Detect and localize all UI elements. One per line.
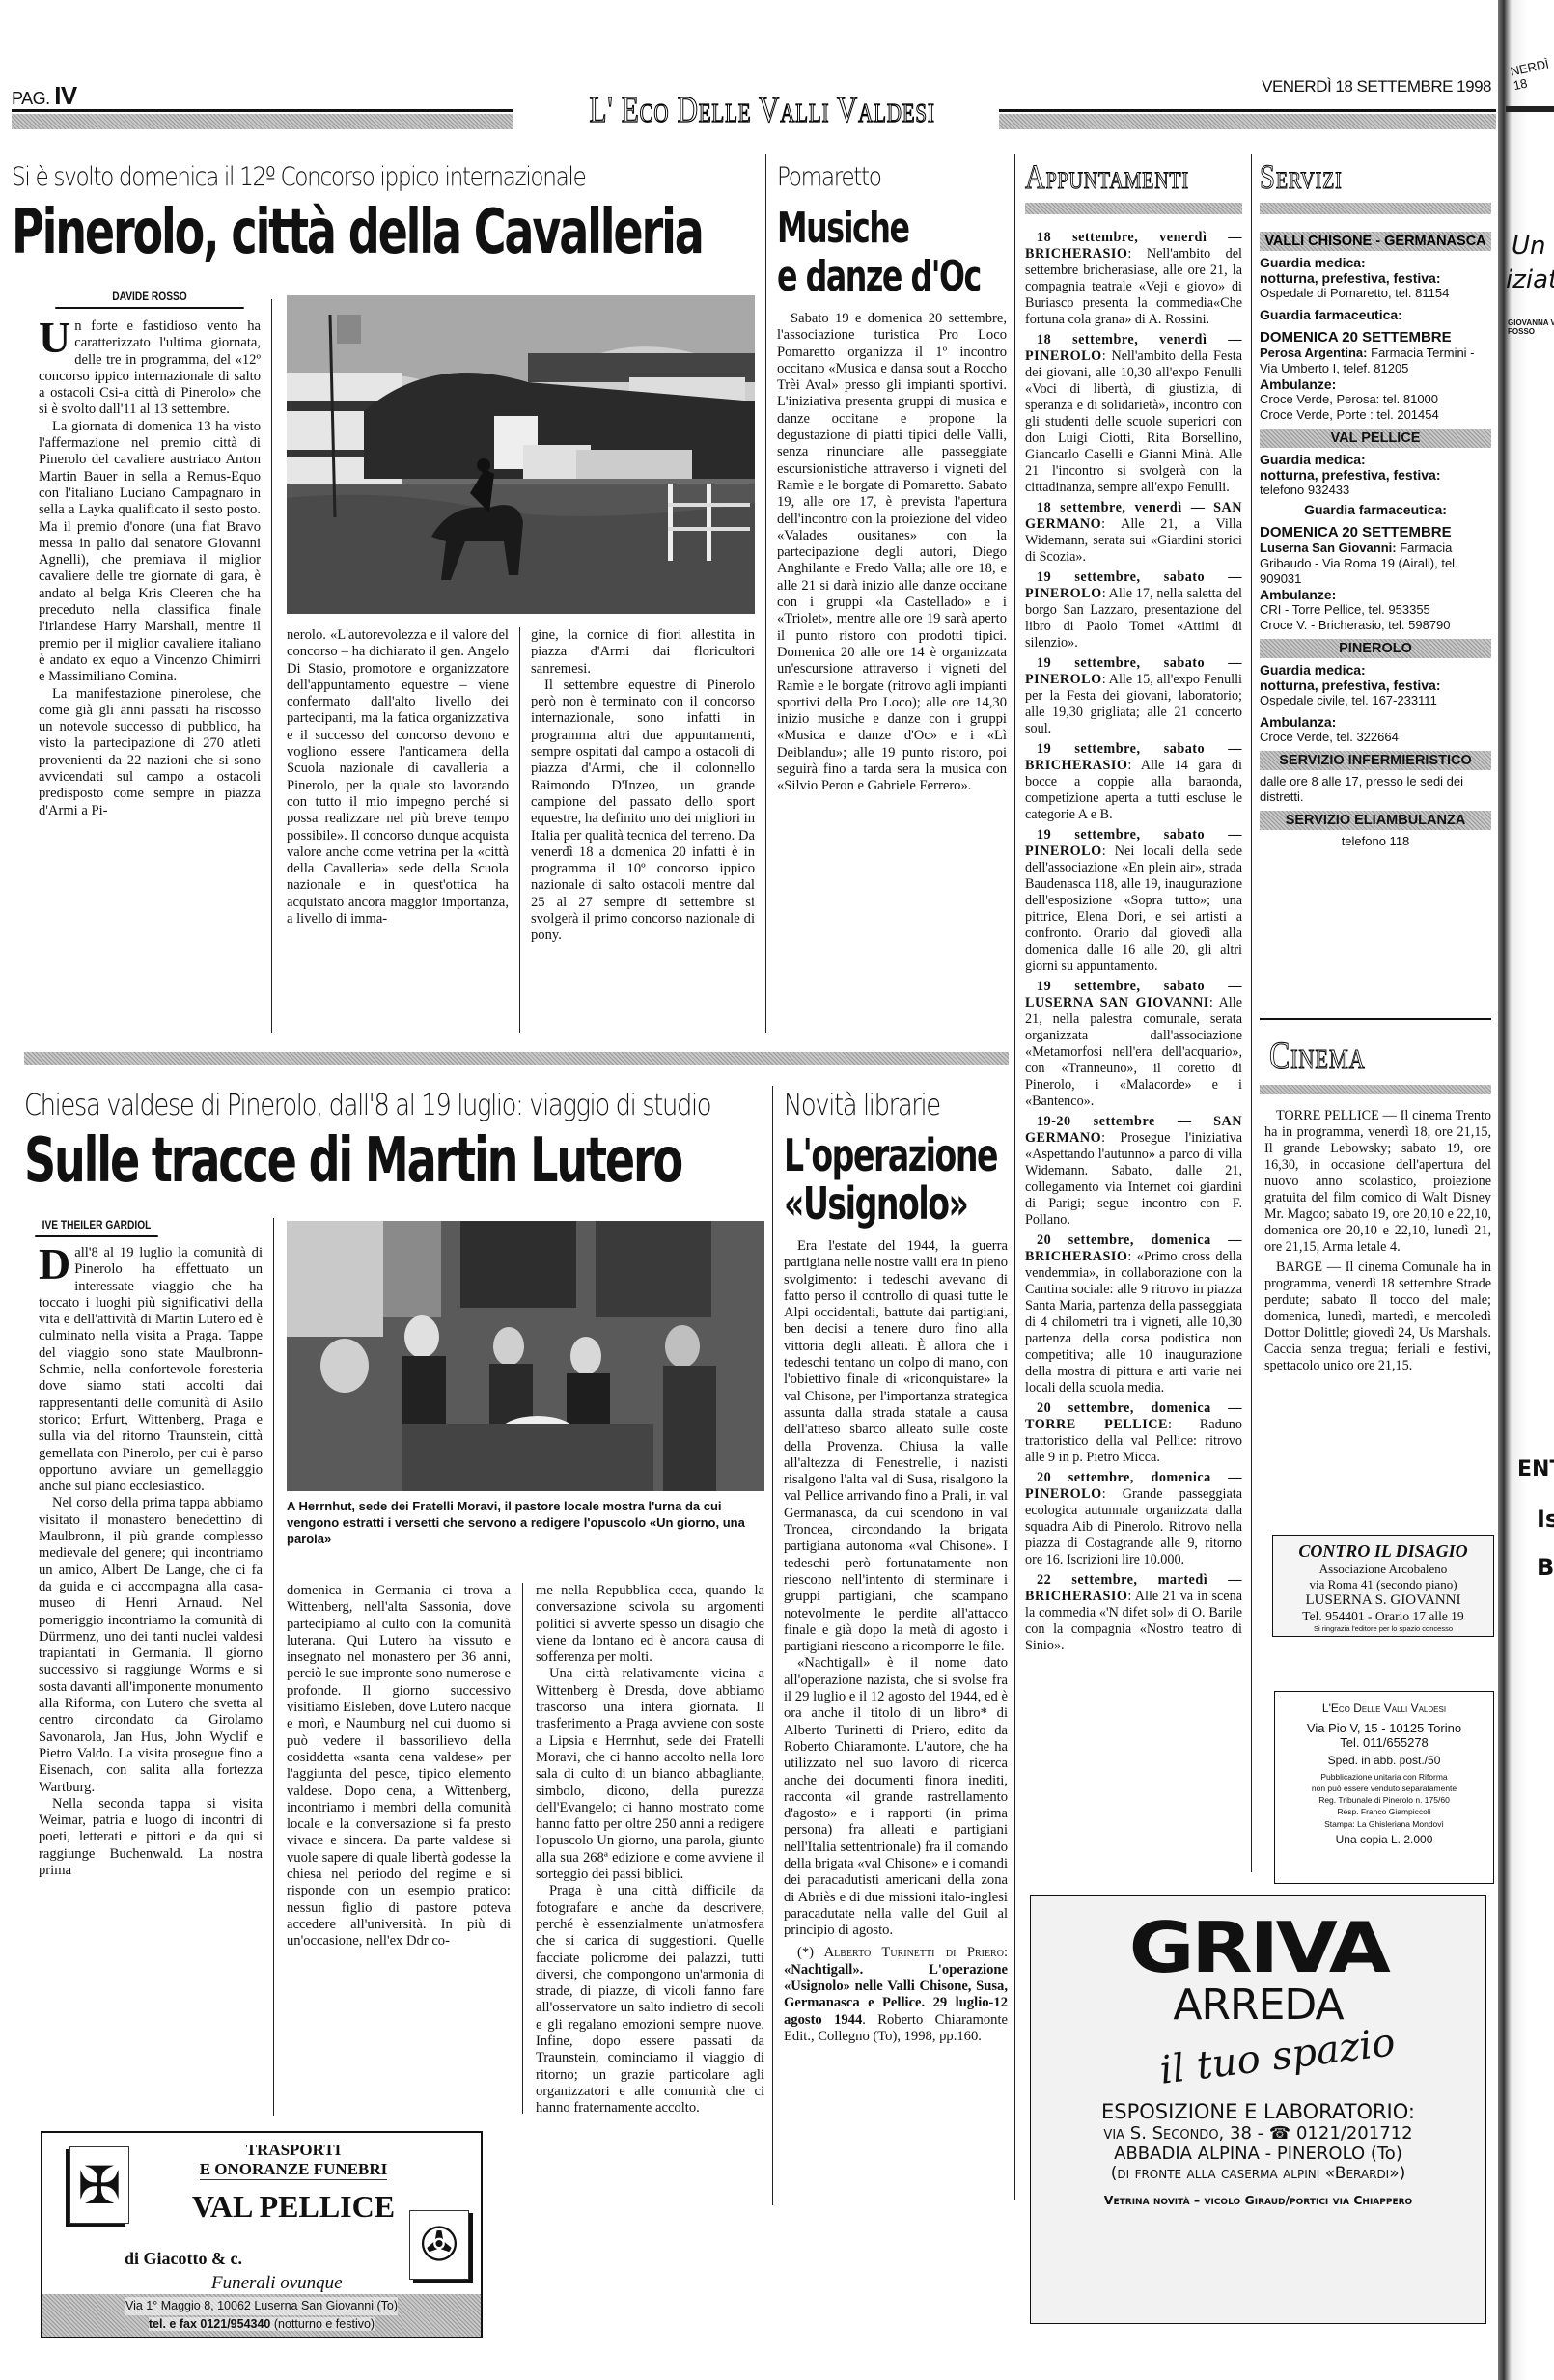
celtic-cross-icon: ✇ [409,2210,469,2280]
usignolo-body: Era l'estate del 1944, la guerra partigi… [784,1238,1008,2045]
dropcap: D [39,1247,70,1282]
cavalleria-col2: nerolo. «L'autorevolezza e il valore del… [287,627,509,927]
cross-icon: ✠ [69,2146,129,2224]
masthead-title-wrap: L' Eco Delle Valli Valdesi [521,89,1004,131]
event-item: 19 settembre, sabato — PINEROLO: Alle 17… [1025,569,1242,651]
cinema-title: Cinema [1269,1033,1366,1078]
colophon-line: Resp. Franco Giampiccoli [1275,1806,1493,1817]
event-item: 20 settembre, domenica — BRICHERASIO: «P… [1025,1232,1242,1397]
footnote: (*) Alberto Turinetti di Priero: «Nachti… [784,1945,1008,2045]
section-bar [1025,203,1242,214]
cavalleria-col3: gine, la cornice di fiori allestita in p… [531,627,755,945]
paragraph: Nel corso della prima tappa abbiamo visi… [39,1495,263,1795]
colophon-line: Pubblicazione unitaria con Riforma [1275,1771,1493,1783]
city: LUSERNA S. GIOVANNI [1273,1592,1493,1609]
column-rule [1014,154,1015,2200]
column-rule [271,299,272,1033]
paragraph: «Nachtigall» è il nome dato all'operazio… [784,1655,1008,1939]
herrnhut-photo [287,1221,764,1491]
label: notturna, prefestiva, festiva: [1260,678,1491,693]
address: via Roma 41 (secondo piano) [1273,1577,1493,1592]
funebri-name: VAL PELLICE [178,2189,409,2225]
cinema-list: TORRE PELLICE — Il cinema Trento ha in p… [1264,1108,1491,1378]
column-rule [522,1583,523,2114]
photo-caption: A Herrnhut, sede dei Fratelli Moravi, il… [287,1498,764,1547]
griva-line1: ESPOSIZIONE E LABORATORIO: [1031,2100,1485,2123]
funebri-slogan: Funerali ovunque [211,2273,343,2294]
label: Guardia farmaceutica: [1260,502,1491,517]
paragraph: me nella Repubblica ceca, quando la conv… [536,1583,764,1666]
appuntamenti-list: 18 settembre, venerdì — BRICHERASIO: Nel… [1025,230,1242,1658]
paragraph: La giornata di domenica 13 ha visto l'af… [39,419,261,686]
label: Ambulanza: [1260,714,1491,730]
column-rule [519,627,520,1033]
cavalleria-headline: Pinerolo, città della Cavalleria [12,201,703,265]
thanks-note: Si ringrazia l'editore per lo spazio con… [1273,1624,1493,1633]
paragraph: Nella seconda tappa si visita Weimar, pa… [39,1796,263,1879]
column-rule [273,1218,274,2116]
postal-note: Sped. in abb. post./50 [1275,1754,1493,1767]
event-item: 20 settembre, domenica — PINEROLO: Grand… [1025,1470,1242,1568]
horse-jumping-image [287,295,755,614]
label: Ambulanze: [1260,376,1491,392]
event-item: 18 settembre, venerdì — PINEROLO: Nell'a… [1025,332,1242,496]
colophon-line: Reg. Tribunale di Pinerolo n. 175/60 [1275,1794,1493,1806]
value: CRI - Torre Pellice, tel. 953355 [1260,602,1491,618]
infermieristico-header: SERVIZIO INFERMIERISTICO [1260,751,1491,770]
label: notturna, prefestiva, festiva: [1260,270,1491,286]
adjacent-box-title: Is [1537,1506,1554,1533]
value: Croce Verde, tel. 322664 [1260,730,1491,745]
address: Via Pio V, 15 - 10125 Torino [1275,1721,1493,1735]
griva-directions: (di fronte alla caserma alpini «Berardi»… [1031,2164,1485,2183]
label: Ambulanze: [1260,587,1491,602]
funebri-heading: TRASPORTI E ONORANZE FUNEBRI [178,2141,409,2180]
cavalleria-col1: Un forte e fastidioso vento ha caratteri… [39,318,261,819]
griva-logo: GRIVA [997,1913,1520,1982]
value: Ospedale di Pomaretto, tel. 81154 [1260,286,1491,301]
contro-disagio-box: CONTRO IL DISAGIO Associazione Arcobalen… [1272,1535,1494,1637]
pomaretto-kicker: Pomaretto [777,162,881,192]
assoc-name: Associazione Arcobaleno [1273,1562,1493,1577]
value: telefono 932433 [1260,483,1491,498]
griva-location: ABBADIA ALPINA - PINEROLO (To) [1031,2144,1485,2164]
event-item: 19-20 settembre — SAN GERMANO: Prosegue … [1025,1114,1242,1229]
paragraph: Praga è una città difficile da fotografa… [536,1883,764,2117]
adjacent-date: NERDÌ 18 [1509,56,1554,93]
label: Guardia farmaceutica: [1260,307,1491,322]
dateline: VENERDÌ 18 SETTEMBRE 1998 [1262,77,1491,97]
price: Una copia L. 2.000 [1275,1833,1493,1846]
griva-ad: GRIVA ARREDA il tuo spazio ESPOSIZIONE E… [1030,1895,1486,2324]
adjacent-box-title: ENTR [1517,1457,1554,1481]
adjacent-heading: iziative [1506,265,1554,294]
label: Guardia medica: [1260,452,1491,467]
servizi-title: Servizi [1260,156,1343,197]
adjacent-rule [1506,106,1554,112]
event-item: 18 settembre, venerdì — SAN GERMANO: All… [1025,500,1242,566]
masthead-rule-left [12,109,513,128]
column-rule [772,1086,773,2205]
appuntamenti-title: Appuntamenti [1025,156,1189,197]
event-item: 19 settembre, sabato — LUSERNA SAN GIOVA… [1025,979,1242,1110]
dropcap: U [39,320,70,355]
page-number: PAG. IV [12,81,77,111]
event-item: 19 settembre, sabato — PINEROLO: Nei loc… [1025,827,1242,975]
event-item: 19 settembre, sabato — BRICHERASIO: Alle… [1025,741,1242,823]
paragraph: Un forte e fastidioso vento ha caratteri… [39,318,261,419]
lutero-kicker: Chiesa valdese di Pinerolo, dall'8 al 19… [24,1089,710,1122]
cavalleria-byline: DAVIDE ROSSO [55,290,244,309]
valli-header: VALLI CHISONE - GERMANASCA [1260,232,1491,251]
event-item: 19 settembre, sabato — PINEROLO: Alle 15… [1025,655,1242,737]
pomaretto-headline: Musiche e danze d'Oc [777,205,981,301]
label: notturna, prefestiva, festiva: [1260,467,1491,483]
colophon-box: L'Eco Delle Valli Valdesi Via Pio V, 15 … [1274,1691,1494,1884]
griva-vetrina: Vetrina novità – vicolo Giraud/portici v… [1031,2193,1485,2207]
colophon-title: L'Eco Delle Valli Valdesi [1275,1702,1493,1715]
phone: Tel. 011/655278 [1275,1735,1493,1750]
event-item: 22 settembre, martedì — BRICHERASIO: All… [1025,1572,1242,1654]
value: Ospedale civile, tel. 167-233111 [1260,693,1491,708]
lutero-byline: IVE THEILER GARDIOL [35,1218,158,1237]
box-title: CONTRO IL DISAGIO [1273,1541,1493,1562]
value: dalle ore 8 alle 17, presso le sedi dei … [1260,774,1491,805]
pinerolo-header: PINEROLO [1260,639,1491,658]
eliambulanza-header: SERVIZIO ELIAMBULANZA [1260,811,1491,830]
paragraph: gine, la cornice di fiori allestita in p… [531,627,755,678]
phone: Tel. 954401 - Orario 17 alle 19 [1273,1609,1493,1624]
lutero-col2: domenica in Germania ci trova a Wittenbe… [287,1583,511,1951]
funebri-owner: di Giacotto & c. [125,2249,242,2269]
colophon-line: non può essere venduto separatamente [1275,1783,1493,1794]
cinema-rule [1260,1018,1491,1020]
section-divider [24,1052,1009,1065]
value: Luserna San Giovanni: Farmacia Gribaudo … [1260,540,1491,587]
paragraph: Una città relativamente vicina a Wittenb… [536,1666,764,1883]
event-item: 20 settembre, domenica — TORRE PELLICE: … [1025,1400,1242,1466]
lutero-headline: Sulle tracce di Martin Lutero [24,1129,681,1194]
cinema-item: TORRE PELLICE — Il cinema Trento ha in p… [1264,1108,1491,1256]
section-bar [1260,1085,1491,1094]
column-rule [1251,154,1252,1872]
value: telefono 118 [1260,834,1491,849]
value: Croce Verde, Perosa: tel. 81000 [1260,392,1491,407]
usignolo-headline: L'operazione «Usignolo» [784,1131,997,1228]
funebri-contact: Via 1° Maggio 8, 10062 Luserna San Giova… [42,2294,481,2337]
church-group-image [287,1221,764,1491]
paragraph: nerolo. «L'autorevolezza e il valore del… [287,627,509,927]
column-rule [765,154,766,1033]
adjacent-heading: Un fru [1512,232,1554,261]
pellice-header: VAL PELLICE [1260,429,1491,448]
horse-show-photo [287,295,755,614]
paragraph: Dall'8 al 19 luglio la comunità di Piner… [39,1245,263,1495]
label: DOMENICA 20 SETTEMBRE [1260,525,1491,540]
servizi-list: VALLI CHISONE - GERMANASCA Guardia medic… [1260,232,1491,849]
colophon-line: Stampa: La Ghisleriana Mondovì [1275,1817,1493,1831]
label: Guardia medica: [1260,662,1491,678]
label: Guardia medica: [1260,255,1491,270]
section-bar [1260,203,1491,214]
paragraph: Il settembre equestre di Pinerolo però n… [531,678,755,945]
label: DOMENICA 20 SETTEMBRE [1260,330,1491,346]
adjacent-byline: GIOVANNA V FOSSO [1508,318,1554,336]
masthead-title: L' Eco Delle Valli Valdesi [590,89,935,131]
usignolo-kicker: Novità librarie [784,1089,940,1122]
lutero-col1: Dall'8 al 19 luglio la comunità di Piner… [39,1245,263,1879]
funebri-ad: ✠ ✇ TRASPORTI E ONORANZE FUNEBRI VAL PEL… [41,2131,483,2338]
paragraph: La manifestazione pinerolese, che come g… [39,686,261,819]
adjacent-box-title: B [1537,1554,1554,1581]
value: Croce Verde, Porte : tel. 201454 [1260,407,1491,423]
pomaretto-body: Sabato 19 e domenica 20 settembre, l'ass… [777,311,1007,795]
paragraph: domenica in Germania ci trova a Wittenbe… [287,1583,511,1951]
adjacent-page-edge: NERDÌ 18 Un fru iziative GIOVANNA V FOSS… [1498,0,1554,2380]
lutero-col3: me nella Repubblica ceca, quando la conv… [536,1583,764,2117]
paragraph: Sabato 19 e domenica 20 settembre, l'ass… [777,311,1007,795]
value: Perosa Argentina: Farmacia Termini - Via… [1260,346,1491,376]
event-item: 18 settembre, venerdì — BRICHERASIO: Nel… [1025,230,1242,328]
cavalleria-kicker: Si è svolto domenica il 12º Concorso ipp… [12,162,585,192]
cinema-item: BARGE — Il cinema Comunale ha in program… [1264,1259,1491,1374]
paragraph: Era l'estate del 1944, la guerra partigi… [784,1238,1008,1655]
griva-phone: via S. Secondo, 38 - ☎ 0121/201712 [1031,2123,1485,2144]
masthead-rule-right [999,109,1496,128]
value: Croce V. - Bricherasio, tel. 598790 [1260,618,1491,633]
